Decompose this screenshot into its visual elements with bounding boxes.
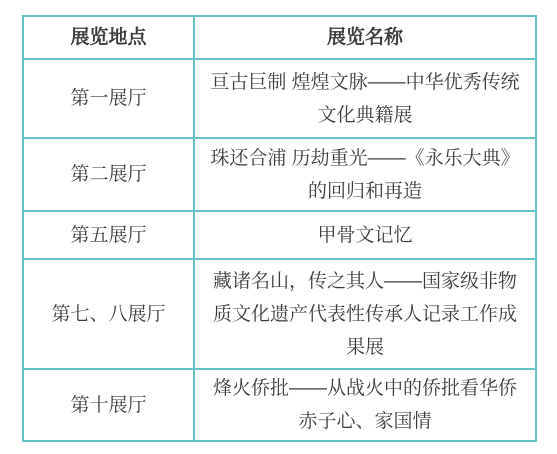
table-row: 第一展厅 亘古巨制 煌煌文脉——中华优秀传统文化典籍展 xyxy=(23,59,536,138)
cell-location: 第二展厅 xyxy=(23,138,194,211)
cell-exhibition-name: 甲骨文记忆 xyxy=(194,211,536,259)
cell-location: 第十展厅 xyxy=(23,369,194,441)
cell-exhibition-name: 亘古巨制 煌煌文脉——中华优秀传统文化典籍展 xyxy=(194,59,536,138)
exhibition-table: 展览地点 展览名称 第一展厅 亘古巨制 煌煌文脉——中华优秀传统文化典籍展 第二… xyxy=(22,15,537,442)
header-exhibition-name: 展览名称 xyxy=(194,16,536,59)
cell-exhibition-name: 珠还合浦 历劫重光——《永乐大典》的回归和再造 xyxy=(194,138,536,211)
table-row: 第二展厅 珠还合浦 历劫重光——《永乐大典》的回归和再造 xyxy=(23,138,536,211)
table-row: 第十展厅 烽火侨批——从战火中的侨批看华侨赤子心、家国情 xyxy=(23,369,536,441)
table-row: 第七、八展厅 藏诸名山，传之其人——国家级非物质文化遗产代表性传承人记录工作成果… xyxy=(23,259,536,369)
cell-location: 第一展厅 xyxy=(23,59,194,138)
table-row: 第五展厅 甲骨文记忆 xyxy=(23,211,536,259)
cell-location: 第七、八展厅 xyxy=(23,259,194,369)
cell-location: 第五展厅 xyxy=(23,211,194,259)
table-header-row: 展览地点 展览名称 xyxy=(23,16,536,59)
header-exhibition-location: 展览地点 xyxy=(23,16,194,59)
cell-exhibition-name: 藏诸名山，传之其人——国家级非物质文化遗产代表性传承人记录工作成果展 xyxy=(194,259,536,369)
cell-exhibition-name: 烽火侨批——从战火中的侨批看华侨赤子心、家国情 xyxy=(194,369,536,441)
exhibition-table-container: 展览地点 展览名称 第一展厅 亘古巨制 煌煌文脉——中华优秀传统文化典籍展 第二… xyxy=(22,15,537,442)
